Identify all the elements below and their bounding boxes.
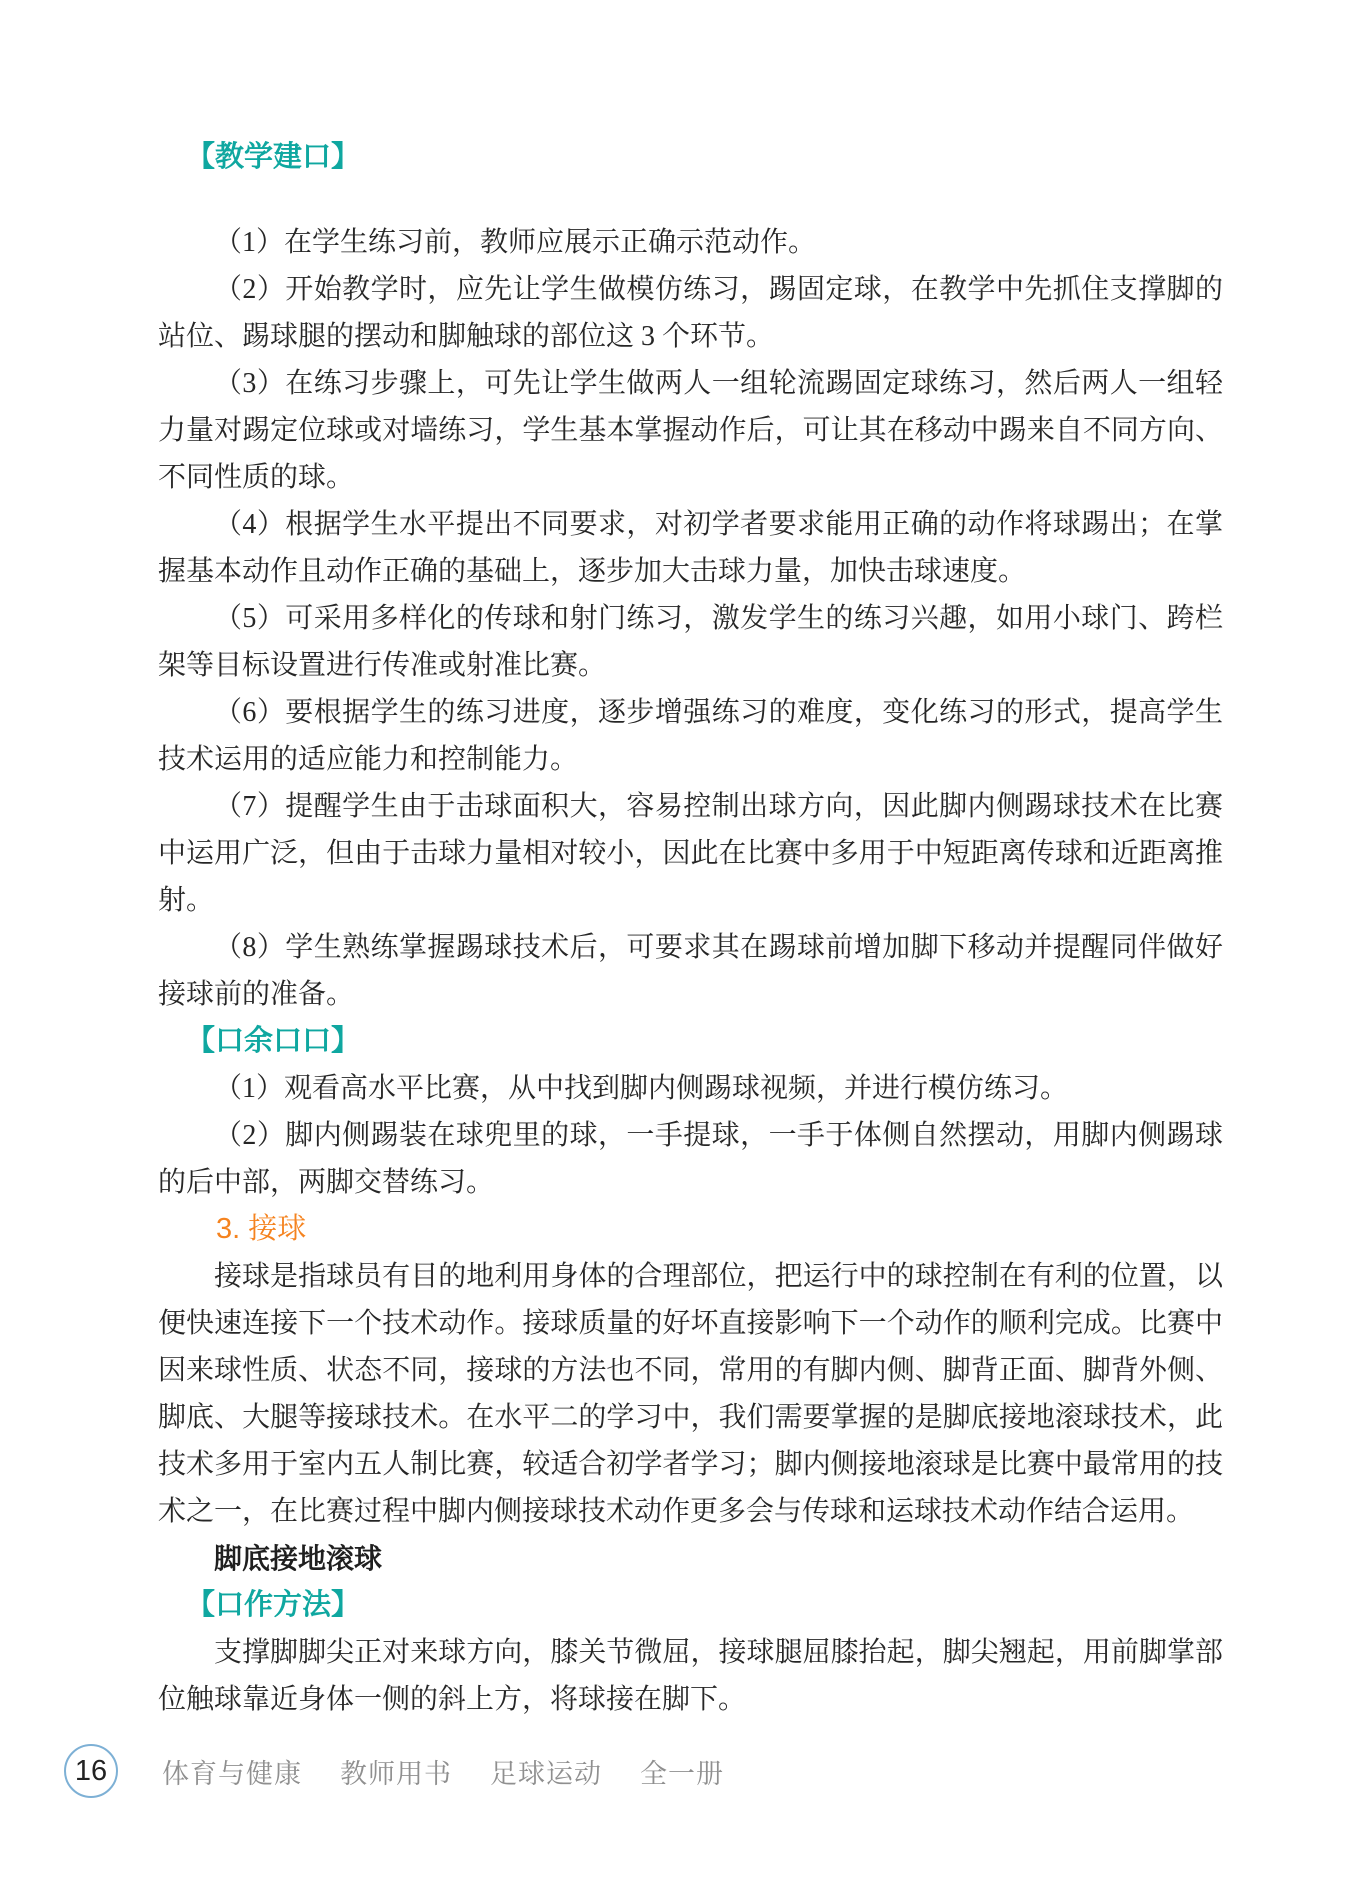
extra-practice-header: 【口余口口】 — [186, 1018, 1223, 1065]
book-info-edition: 教师用书 — [340, 1752, 452, 1791]
page-number: 16 — [75, 1755, 107, 1788]
extra-point-2: （2）脚内侧踢装在球兜里的球，一手提球，一手于体侧自然摆动，用脚内侧踢球的后中部… — [158, 1112, 1223, 1206]
textbook-page: 【教学建口】 （1）在学生练习前，教师应展示正确示范动作。 （2）开始教学时，应… — [0, 0, 1353, 1885]
book-info-subject: 足球运动 — [490, 1752, 602, 1791]
receiving-intro-paragraph: 接球是指球员有目的地利用身体的合理部位，把运行中的球控制在有利的位置，以便快速连… — [158, 1253, 1223, 1535]
teaching-point-1: （1）在学生练习前，教师应展示正确示范动作。 — [158, 219, 1223, 266]
teaching-point-8: （8）学生熟练掌握踢球技术后，可要求其在踢球前增加脚下移动并提醒同伴做好接球前的… — [158, 924, 1223, 1018]
section-heading-receiving: 3. 接球 — [158, 1206, 1223, 1253]
teaching-point-4: （4）根据学生水平提出不同要求，对初学者要求能用正确的动作将球踢出；在掌握基本动… — [158, 501, 1223, 595]
teaching-suggestions-header: 【教学建口】 — [186, 134, 1223, 181]
teaching-point-5: （5）可采用多样化的传球和射门练习，激发学生的练习兴趣，如用小球门、跨栏架等目标… — [158, 595, 1223, 689]
method-header: 【口作方法】 — [186, 1582, 1223, 1629]
teaching-point-3: （3）在练习步骤上，可先让学生做两人一组轮流踢固定球练习，然后两人一组轻力量对踢… — [158, 360, 1223, 501]
teaching-point-2: （2）开始教学时，应先让学生做模仿练习，踢固定球，在教学中先抓住支撑脚的站位、踢… — [158, 266, 1223, 360]
extra-point-1: （1）观看高水平比赛，从中找到脚内侧踢球视频，并进行模仿练习。 — [158, 1065, 1223, 1112]
page-footer: 16 体育与健康 教师用书 足球运动 全一册 — [64, 1744, 724, 1798]
teaching-point-7: （7）提醒学生由于击球面积大，容易控制出球方向，因此脚内侧踢球技术在比赛中运用广… — [158, 783, 1223, 924]
book-info: 体育与健康 教师用书 足球运动 全一册 — [162, 1752, 724, 1791]
sub-heading-sole-ground-ball: 脚底接地滚球 — [158, 1535, 1223, 1582]
page-body: 【教学建口】 （1）在学生练习前，教师应展示正确示范动作。 （2）开始教学时，应… — [158, 134, 1223, 1723]
book-info-series: 体育与健康 — [162, 1752, 302, 1791]
method-paragraph: 支撑脚脚尖正对来球方向，膝关节微屈，接球腿屈膝抬起，脚尖翘起，用前脚掌部位触球靠… — [158, 1629, 1223, 1723]
book-info-volume: 全一册 — [640, 1752, 724, 1791]
page-number-badge: 16 — [64, 1744, 118, 1798]
teaching-point-6: （6）要根据学生的练习进度，逐步增强练习的难度，变化练习的形式，提高学生技术运用… — [158, 689, 1223, 783]
